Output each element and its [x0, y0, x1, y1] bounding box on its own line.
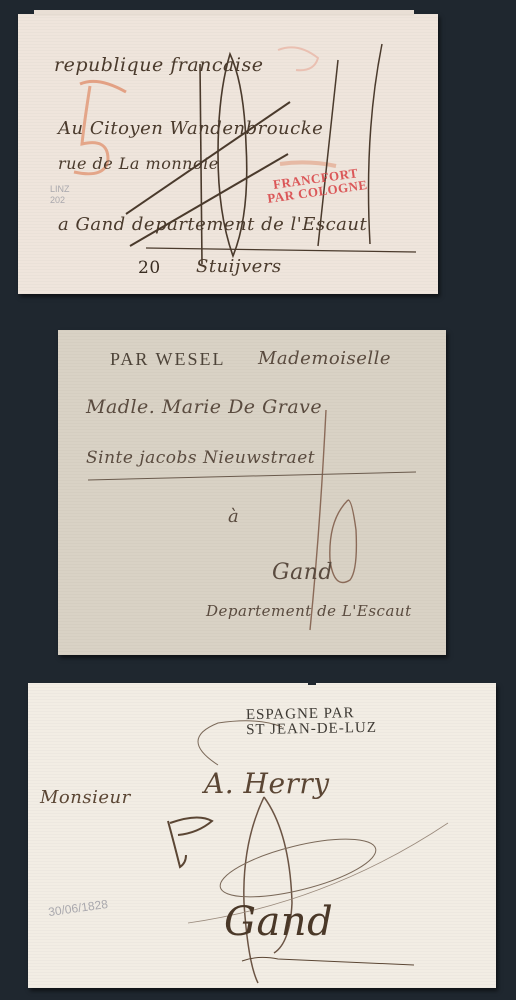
- pencil-note-line: 202: [50, 195, 70, 206]
- address-line: a Gand departement de l'Escaut: [58, 214, 367, 235]
- currency-word: Stuijvers: [196, 256, 282, 277]
- rate-number: 20: [138, 258, 161, 278]
- handstamp-line: PAR WESEL: [110, 349, 226, 369]
- address-line: Madle. Marie De Grave: [86, 396, 322, 418]
- postal-cover-2: PAR WESEL Mademoiselle Madle. Marie De G…: [58, 330, 446, 655]
- par-wesel-handstamp: PAR WESEL: [110, 350, 226, 368]
- address-line: A. Herry: [204, 767, 330, 800]
- address-line: Departement de L'Escaut: [206, 602, 412, 620]
- pencil-note: LINZ 202: [50, 184, 70, 206]
- address-line: rue de La monnoie: [58, 154, 219, 173]
- pencil-note-line: LINZ: [50, 184, 70, 195]
- handstamp-line: ST JEAN-DE-LUZ: [246, 721, 377, 738]
- address-line: Mademoiselle: [258, 348, 391, 369]
- address-line: Monsieur: [40, 787, 131, 808]
- address-line: Au Citoyen Wandenbroucke: [58, 118, 323, 139]
- postal-cover-1: republique francaise Au Citoyen Wandenbr…: [18, 14, 438, 294]
- cover-notch: [308, 681, 316, 685]
- address-line: republique francaise: [54, 54, 263, 76]
- address-line: à: [228, 506, 239, 527]
- francfort-handstamp: FRANCFORT PAR COLOGNE: [265, 165, 369, 205]
- address-line: Gand: [272, 560, 333, 585]
- cover-flap: [34, 10, 414, 16]
- pencil-date-note: 30/06/1828: [47, 897, 108, 919]
- postal-cover-3: ESPAGNE PAR ST JEAN-DE-LUZ Monsieur A. H…: [28, 683, 496, 988]
- address-line: Sinte jacobs Nieuwstraet: [86, 448, 315, 468]
- espagne-handstamp: ESPAGNE PAR ST JEAN-DE-LUZ: [246, 706, 377, 738]
- address-line: Gand: [224, 899, 333, 945]
